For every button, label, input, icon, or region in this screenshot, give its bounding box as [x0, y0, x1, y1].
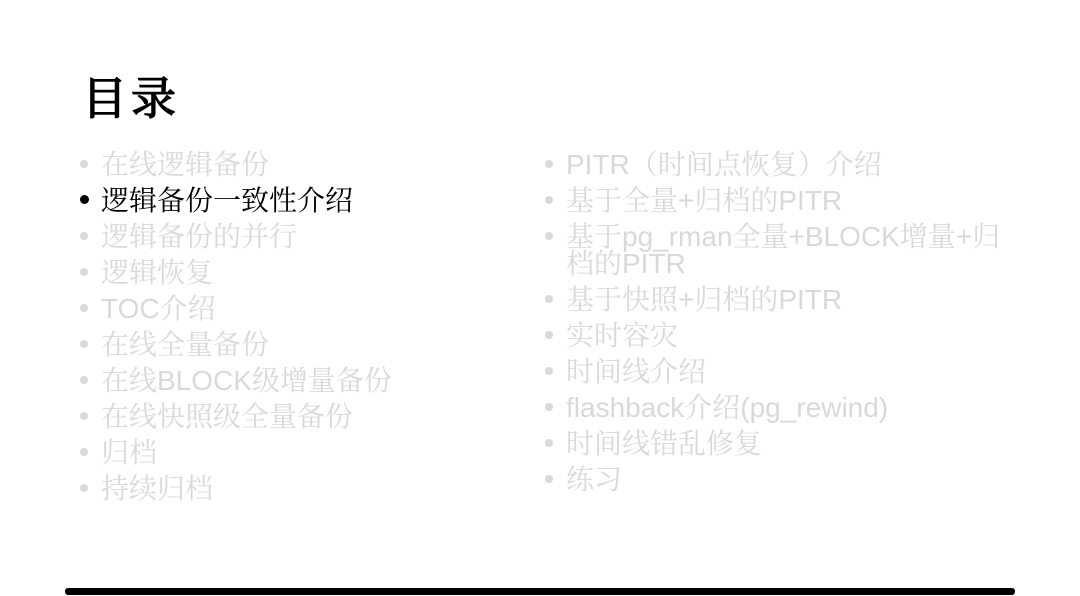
toc-item-label: 实时容灾 — [566, 320, 678, 351]
toc-item: flashback介绍(pg_rewind) — [543, 394, 1013, 421]
bullet-icon — [80, 195, 89, 204]
bullet-icon — [80, 376, 88, 384]
toc-item-label: 在线全量备份 — [101, 329, 269, 360]
toc-item: 实时容灾 — [543, 322, 1013, 349]
toc-item: 持续归档 — [78, 475, 528, 502]
toc-item-label: PITR（时间点恢复）介绍 — [566, 149, 882, 180]
toc-item: 逻辑备份的并行 — [78, 223, 528, 250]
toc-item-label: 归档 — [101, 437, 157, 468]
toc-item-label: 逻辑备份一致性介绍 — [101, 185, 353, 216]
toc-item-label: 逻辑备份的并行 — [101, 221, 297, 252]
toc-item: 在线快照级全量备份 — [78, 403, 528, 430]
toc-column-left: 在线逻辑备份逻辑备份一致性介绍逻辑备份的并行逻辑恢复TOC介绍在线全量备份在线B… — [78, 151, 528, 511]
toc-item: 归档 — [78, 439, 528, 466]
toc-item: 基于快照+归档的PITR — [543, 286, 1013, 313]
bullet-icon — [80, 412, 88, 420]
toc-item-label: 基于pg_rman全量+BLOCK增量+归 档的PITR — [566, 221, 1000, 279]
toc-item: 时间线介绍 — [543, 358, 1013, 385]
bottom-progress-bar — [65, 588, 1015, 595]
toc-item: 基于pg_rman全量+BLOCK增量+归 档的PITR — [543, 223, 1013, 277]
toc-item: 逻辑恢复 — [78, 259, 528, 286]
bullet-icon — [545, 232, 553, 240]
toc-item-label: 在线BLOCK级增量备份 — [101, 365, 392, 396]
toc-item-label: 基于快照+归档的PITR — [566, 284, 842, 315]
toc-item-label: 基于全量+归档的PITR — [566, 185, 842, 216]
toc-column-right: PITR（时间点恢复）介绍基于全量+归档的PITR基于pg_rman全量+BLO… — [543, 151, 1013, 502]
toc-item-active: 逻辑备份一致性介绍 — [78, 187, 528, 214]
bullet-icon — [545, 331, 553, 339]
bullet-icon — [80, 160, 88, 168]
toc-item-label: TOC介绍 — [101, 293, 216, 324]
toc-item: 时间线错乱修复 — [543, 430, 1013, 457]
bullet-icon — [80, 340, 88, 348]
slide: 目录 在线逻辑备份逻辑备份一致性介绍逻辑备份的并行逻辑恢复TOC介绍在线全量备份… — [0, 0, 1080, 596]
bullet-icon — [80, 232, 88, 240]
bullet-icon — [80, 304, 88, 312]
bullet-icon — [80, 448, 88, 456]
toc-item: 在线BLOCK级增量备份 — [78, 367, 528, 394]
bullet-icon — [545, 475, 553, 483]
toc-item-label: 在线逻辑备份 — [101, 149, 269, 180]
toc-item: PITR（时间点恢复）介绍 — [543, 151, 1013, 178]
bullet-icon — [545, 295, 553, 303]
toc-item: 基于全量+归档的PITR — [543, 187, 1013, 214]
toc-item-label: 时间线错乱修复 — [566, 428, 762, 459]
toc-item-label: 持续归档 — [101, 473, 213, 504]
toc-item-label: 练习 — [566, 464, 622, 495]
bullet-icon — [545, 160, 553, 168]
bullet-icon — [545, 439, 553, 447]
toc-item: 在线全量备份 — [78, 331, 528, 358]
toc-item: 在线逻辑备份 — [78, 151, 528, 178]
toc-item-label: 逻辑恢复 — [101, 257, 213, 288]
bullet-icon — [80, 268, 88, 276]
bullet-icon — [545, 367, 553, 375]
bullet-icon — [80, 484, 88, 492]
bullet-icon — [545, 196, 553, 204]
toc-item-label: 在线快照级全量备份 — [101, 401, 353, 432]
toc-item-label: flashback介绍(pg_rewind) — [566, 392, 888, 423]
page-title: 目录 — [82, 70, 180, 128]
toc-item: 练习 — [543, 466, 1013, 493]
toc-item-label: 时间线介绍 — [566, 356, 706, 387]
toc-item: TOC介绍 — [78, 295, 528, 322]
bullet-icon — [545, 403, 553, 411]
